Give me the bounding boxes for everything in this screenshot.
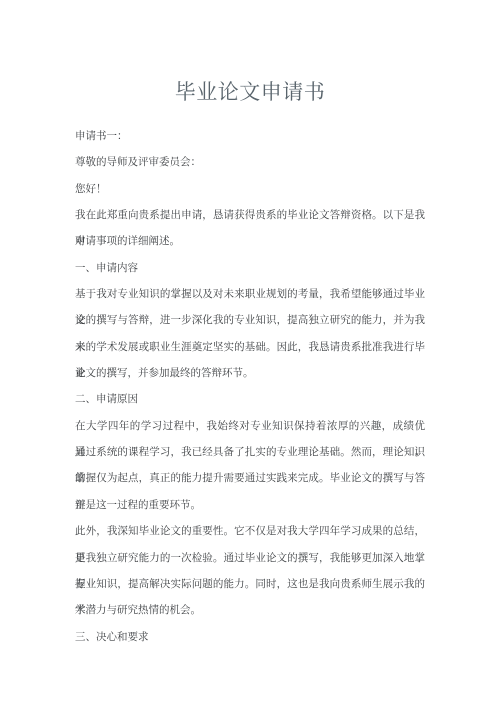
text-line: 通过系统的课程学习，我已经具备了扎实的专业理论基础。然而，理论知识的 [75, 439, 425, 465]
text-line: 论文的撰写，并参加最终的答辩环节。 [75, 360, 425, 386]
text-line: 来的学术发展或职业生涯奠定坚实的基础。因此，我恳请贵系批准我进行毕业 [75, 334, 425, 360]
document-body: 申请书一：尊敬的导师及评审委员会：您好！我在此郑重向贵系提出申请，恳请获得贵系的… [75, 123, 425, 650]
text-line: 此外，我深知毕业论文的重要性。它不仅是对我大学四年学习成果的总结，更 [75, 518, 425, 544]
text-line: 一、申请内容 [75, 255, 425, 281]
text-line: 申请书一： [75, 123, 425, 149]
text-line: 尊敬的导师及评审委员会： [75, 149, 425, 175]
page-title: 毕业论文申请书 [0, 80, 500, 106]
text-line: 专业知识，提高解决实际问题的能力。同时，这也是我向贵系师生展示我的学 [75, 571, 425, 597]
text-line: 术潜力与研究热情的机会。 [75, 597, 425, 623]
text-line: 申请事项的详细阐述。 [75, 228, 425, 254]
text-line: 二、申请原因 [75, 386, 425, 412]
text-line: 文的撰写与答辩，进一步深化我的专业知识，提高独立研究的能力，并为我未 [75, 307, 425, 333]
document-page: 毕业论文申请书 申请书一：尊敬的导师及评审委员会：您好！我在此郑重向贵系提出申请… [0, 0, 500, 707]
text-line: 您好！ [75, 176, 425, 202]
text-line: 掌握仅为起点，真正的能力提升需要通过实践来完成。毕业论文的撰写与答辩 [75, 465, 425, 491]
text-line: 在大学四年的学习过程中，我始终对专业知识保持着浓厚的兴趣，成绩优异。 [75, 413, 425, 439]
text-line: 是我独立研究能力的一次检验。通过毕业论文的撰写，我能够更加深入地掌握 [75, 545, 425, 571]
text-line: 我在此郑重向贵系提出申请，恳请获得贵系的毕业论文答辩资格。以下是我对 [75, 202, 425, 228]
text-line: 三、决心和要求 [75, 624, 425, 650]
text-line: 正是这一过程的重要环节。 [75, 492, 425, 518]
text-line: 基于我对专业知识的掌握以及对未来职业规划的考量，我希望能够通过毕业论 [75, 281, 425, 307]
